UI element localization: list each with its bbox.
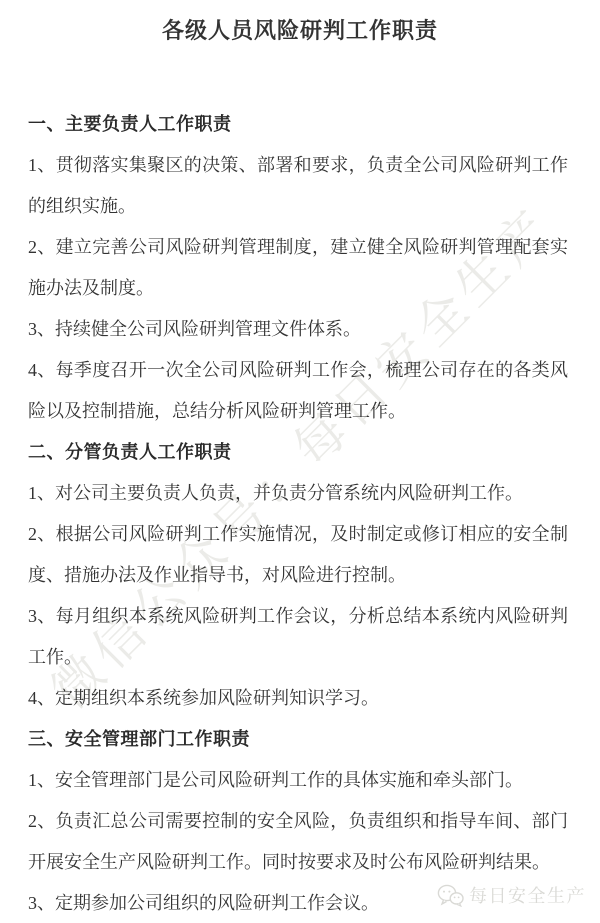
wechat-chat-bubbles-icon bbox=[437, 884, 464, 907]
document-page: 微信公众号：每日安全生产 各级人员风险研判工作职责 一、主要负责人工作职责 1、… bbox=[0, 0, 600, 923]
section-3-heading: 三、安全管理部门工作职责 bbox=[28, 719, 568, 760]
list-item: 2、负责汇总公司需要控制的安全风险，负责组织和指导车间、部门开展安全生产风险研判… bbox=[28, 801, 568, 883]
list-item: 3、每月组织本系统风险研判工作会议，分析总结本系统内风险研判工作。 bbox=[28, 596, 568, 678]
document-body: 一、主要负责人工作职责 1、贯彻落实集聚区的决策、部署和要求，负责全公司风险研判… bbox=[28, 104, 568, 923]
list-item: 1、安全管理部门是公司风险研判工作的具体实施和牵头部门。 bbox=[28, 760, 568, 801]
list-item: 2、根据公司风险研判工作实施情况，及时制定或修订相应的安全制度、措施办法及作业指… bbox=[28, 514, 568, 596]
list-item: 3、持续健全公司风险研判管理文件体系。 bbox=[28, 309, 568, 350]
page-title: 各级人员风险研判工作职责 bbox=[0, 16, 600, 46]
brand-watermark: 每日安全生产 bbox=[437, 882, 586, 908]
brand-watermark-label: 每日安全生产 bbox=[469, 882, 586, 908]
list-item: 2、建立完善公司风险研判管理制度，建立健全风险研判管理配套实施办法及制度。 bbox=[28, 227, 568, 309]
list-item: 4、定期组织本系统参加风险研判知识学习。 bbox=[28, 678, 568, 719]
list-item: 1、对公司主要负责人负责，并负责分管系统内风险研判工作。 bbox=[28, 473, 568, 514]
section-2-heading: 二、分管负责人工作职责 bbox=[28, 432, 568, 473]
list-item: 4、每季度召开一次全公司风险研判工作会，梳理公司存在的各类风险以及控制措施，总结… bbox=[28, 350, 568, 432]
section-1-heading: 一、主要负责人工作职责 bbox=[28, 104, 568, 145]
list-item: 1、贯彻落实集聚区的决策、部署和要求，负责全公司风险研判工作的组织实施。 bbox=[28, 145, 568, 227]
